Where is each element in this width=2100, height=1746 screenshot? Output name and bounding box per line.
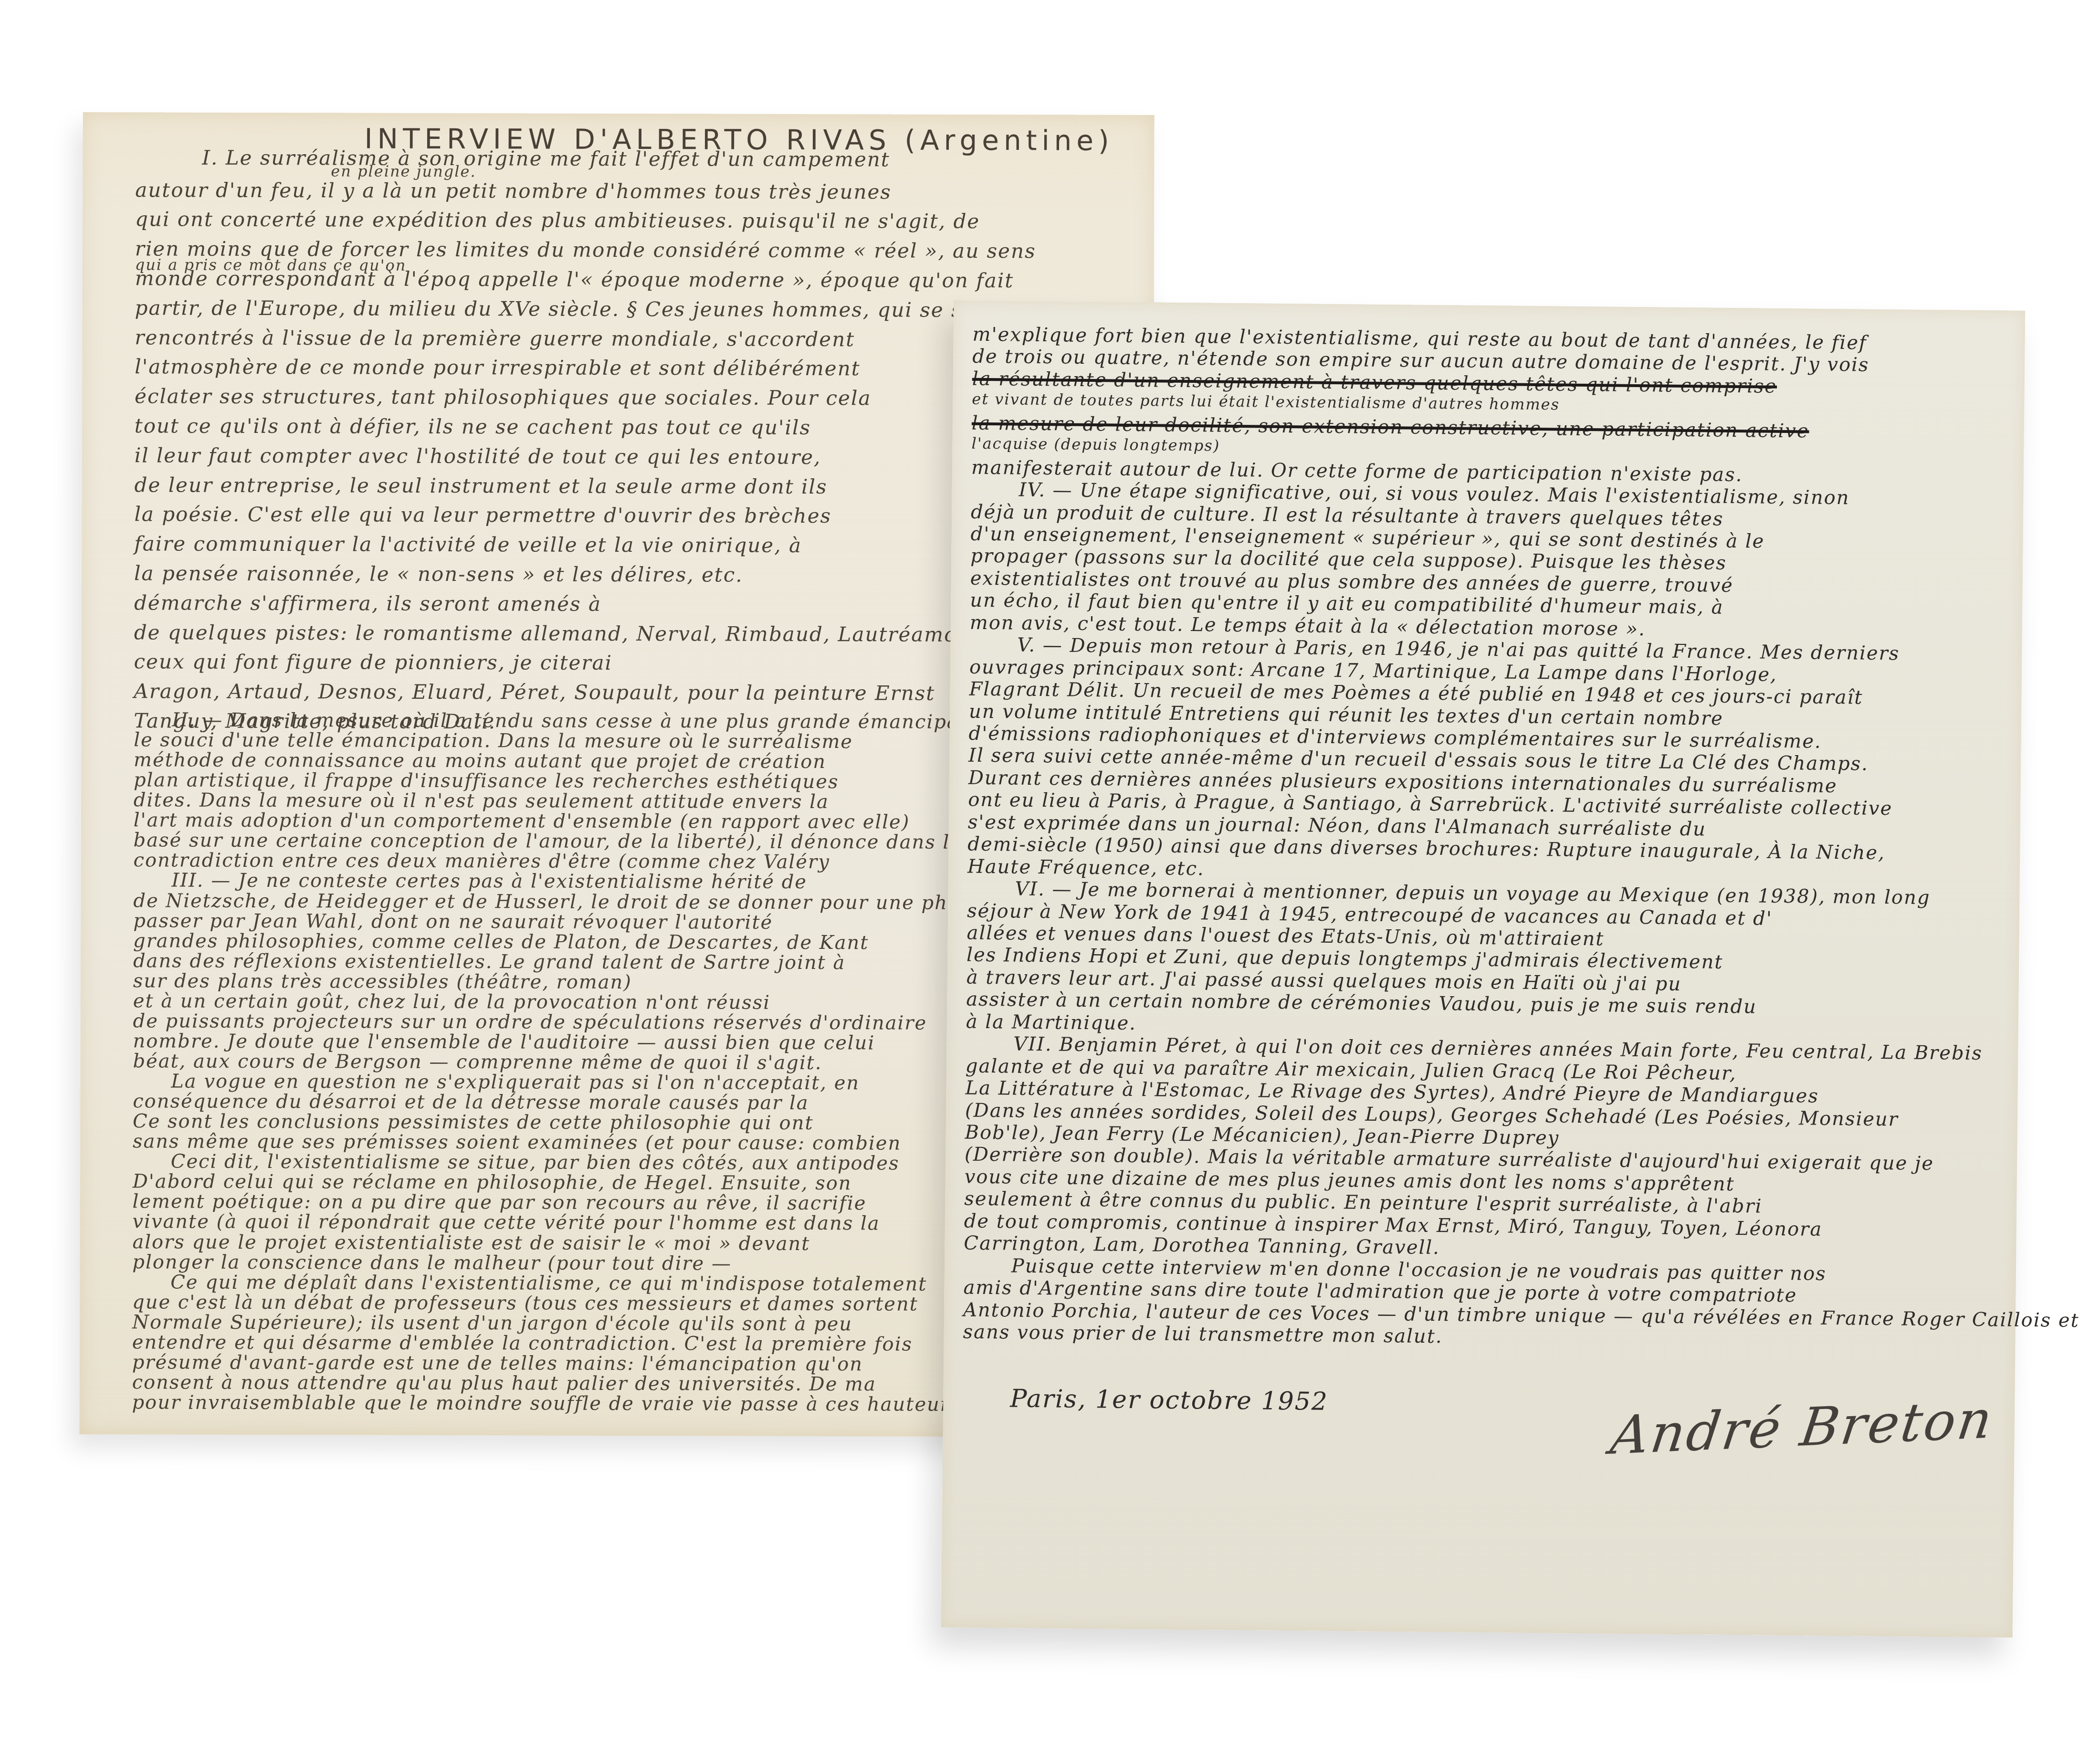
manuscript-line: faire communiquer la l'activité de veill… (134, 532, 802, 557)
manuscript-line: tout ce qu'ils ont à défier, ils ne se c… (135, 414, 811, 439)
manuscript-line: sur des plans très accessibles (théâtre,… (133, 970, 632, 993)
manuscript-line: qui ont concerté une expédition des plus… (135, 208, 980, 233)
manuscript-line: démarche s'affirmera, ils seront amenés … (134, 591, 601, 616)
manuscript-line: partir, de l'Europe, du milieu du XVe si… (135, 296, 998, 322)
interlinear-correction: l'acquise (depuis longtemps) (971, 434, 1220, 455)
signature: André Breton (1607, 1388, 1997, 1466)
manuscript-line: l'atmosphère de ce monde pour irrespirab… (135, 355, 861, 380)
manuscript-page-2: m'explique fort bien que l'existentialis… (941, 300, 2026, 1637)
manuscript-line: rencontrés à l'issue de la première guer… (135, 326, 855, 351)
manuscript-line: I. Le surréalisme à son origine me fait … (202, 146, 890, 171)
date-line: Paris, 1er octobre 1952 (1010, 1385, 1328, 1416)
manuscript-line: Haute Fréquence, etc. (967, 855, 1205, 880)
manuscript-line: de leur entreprise, le seul instrument e… (135, 473, 828, 498)
manuscript-line: sans vous prier de lui transmettre mon s… (963, 1321, 1442, 1348)
manuscript-line: à la Martinique. (966, 1010, 1136, 1034)
manuscript-line: autour d'un feu, il y a là un petit nomb… (135, 178, 892, 203)
manuscript-line: pour invraisemblable que le moindre souf… (132, 1391, 961, 1416)
manuscript-line: il leur faut compter avec l'hostilité de… (135, 443, 821, 469)
manuscript-line: la poésie. C'est elle qui va leur permet… (134, 503, 831, 528)
manuscript-line: éclater ses structures, tant philosophiq… (135, 385, 871, 410)
manuscript-line: ceux qui font figure de pionniers, je ci… (134, 650, 612, 675)
manuscript-line: Aragon, Artaud, Desnos, Eluard, Péret, S… (134, 680, 935, 705)
interlinear-correction: en pleine jungle. (331, 162, 476, 180)
manuscript-line: de quelques pistes: le romantisme allema… (134, 621, 980, 646)
manuscript-line: monde correspondant à l'époq appelle l'«… (135, 266, 1014, 292)
manuscript-line: la pensée raisonnée, le « non-sens » et … (134, 561, 743, 586)
